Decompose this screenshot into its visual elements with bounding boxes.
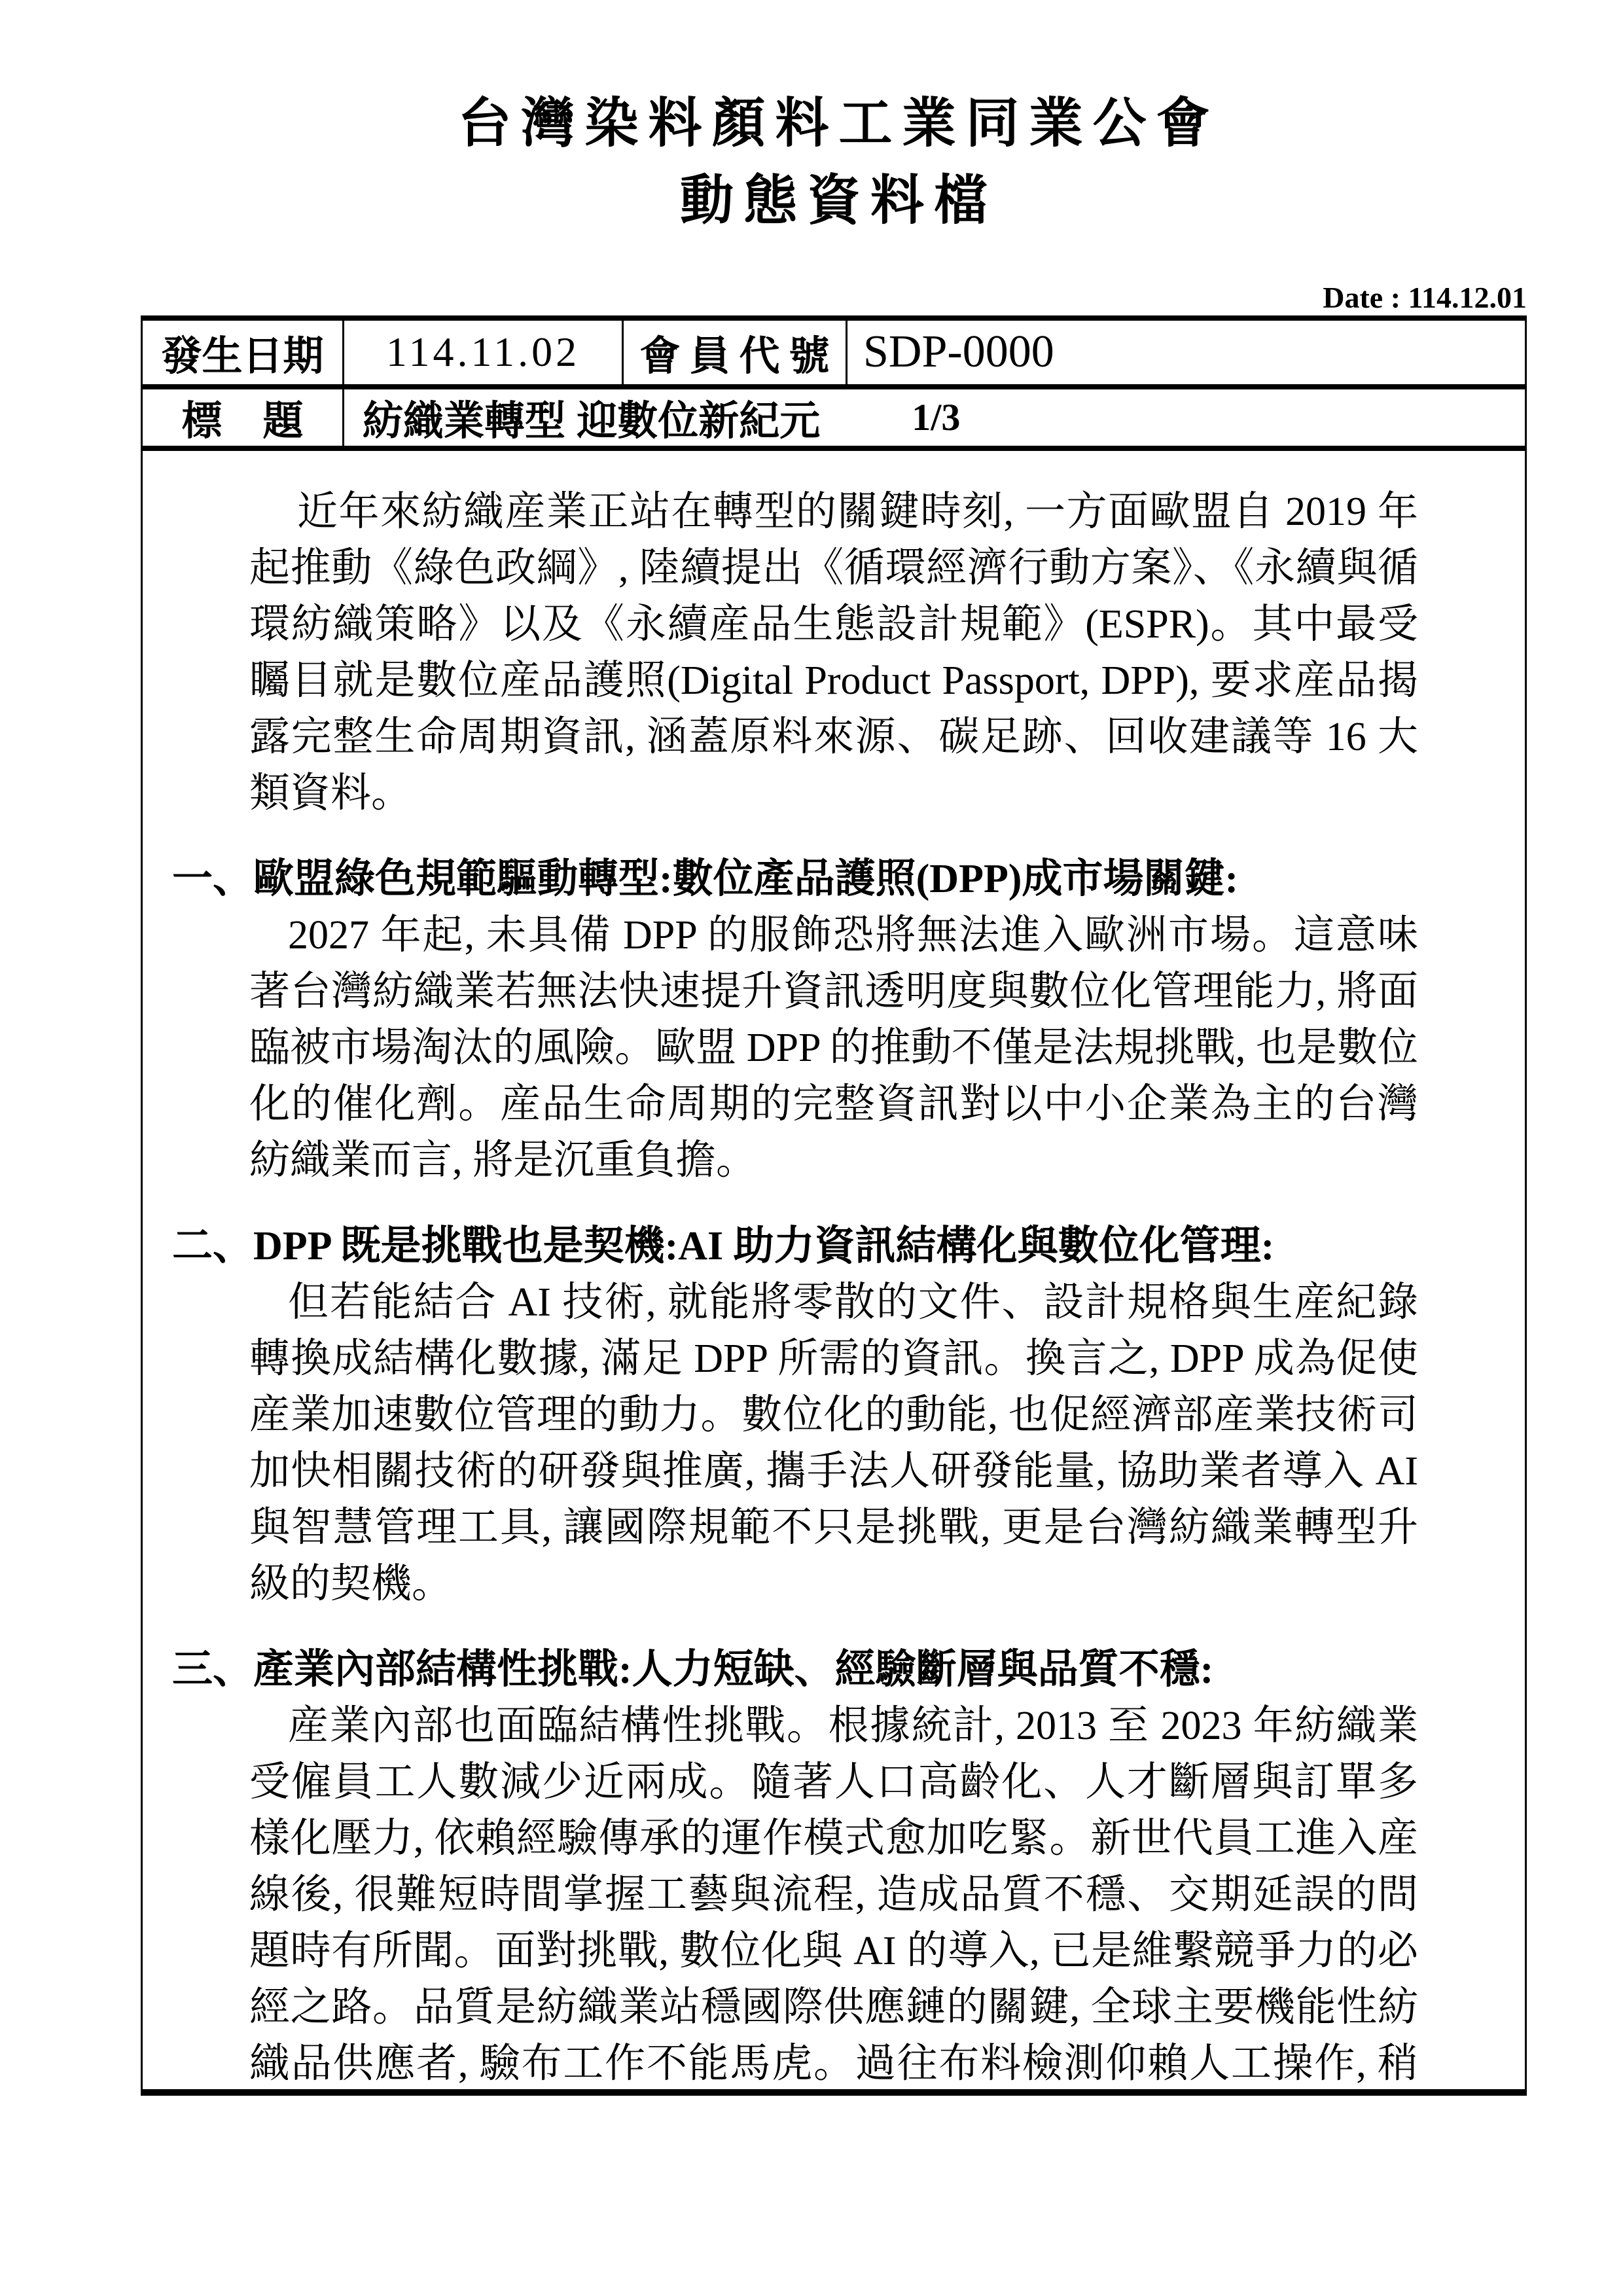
member-code-value: SDP-0000 bbox=[847, 321, 1525, 384]
section-3-paragraph: 産業內部也面臨結構性挑戰。根據統計, 2013 至 2023 年紡織業受僱員工人… bbox=[249, 1698, 1418, 2089]
subject-cell: 紡織業轉型 迎數位新紀元 1/3 bbox=[344, 389, 1525, 446]
document-body: 近年來紡織産業正站在轉型的關鍵時刻, 一方面歐盟自 2019 年起推動《綠色政綱… bbox=[143, 451, 1525, 2089]
doc-title: 動態資料檔 bbox=[141, 169, 1527, 233]
org-title: 台灣染料顏料工業同業公會 bbox=[141, 0, 1527, 156]
document-page: 台灣染料顏料工業同業公會 動態資料檔 Date : 114.12.01 發生日期… bbox=[0, 0, 1623, 2296]
date-occurred-value: 114.11.02 bbox=[344, 321, 624, 384]
intro-paragraph: 近年來紡織産業正站在轉型的關鍵時刻, 一方面歐盟自 2019 年起推動《綠色政綱… bbox=[249, 484, 1418, 821]
table-row-title: 標 題 紡織業轉型 迎數位新紀元 1/3 bbox=[143, 389, 1525, 451]
section-1-paragraph: 2027 年起, 未具備 DPP 的服飾恐將無法進入歐洲市場。這意味著台灣紡織業… bbox=[249, 907, 1418, 1189]
date-label: Date : 114.12.01 bbox=[141, 279, 1527, 315]
section-2-heading: 二、DPP 既是挑戰也是契機:AI 助力資訊結構化與數位化管理: bbox=[172, 1218, 1418, 1274]
document-content: 台灣染料顏料工業同業公會 動態資料檔 Date : 114.12.01 發生日期… bbox=[141, 0, 1527, 2096]
section-2-paragraph: 但若能結合 AI 技術, 就能將零散的文件、設計規格與生産紀錄轉換成結構化數據,… bbox=[249, 1274, 1418, 1612]
subject-value: 紡織業轉型 迎數位新紀元 bbox=[363, 389, 820, 446]
page-number: 1/3 bbox=[912, 395, 960, 439]
section-2: 二、DPP 既是挑戰也是契機:AI 助力資訊結構化與數位化管理: 但若能結合 A… bbox=[249, 1218, 1418, 1612]
section-3: 三、產業內部結構性挑戰:人力短缺、經驗斷層與品質不穩: 産業內部也面臨結構性挑戰… bbox=[249, 1641, 1418, 2089]
member-code-label: 會員代號 bbox=[624, 321, 847, 384]
info-table: 發生日期 114.11.02 會員代號 SDP-0000 標 題 紡織業轉型 迎… bbox=[141, 315, 1527, 2096]
section-1-heading: 一、歐盟綠色規範驅動轉型:數位產品護照(DPP)成市場關鍵: bbox=[172, 851, 1418, 907]
section-1: 一、歐盟綠色規範驅動轉型:數位產品護照(DPP)成市場關鍵: 2027 年起, … bbox=[249, 851, 1418, 1189]
date-occurred-label: 發生日期 bbox=[143, 321, 344, 384]
subject-label: 標 題 bbox=[143, 389, 344, 446]
section-3-heading: 三、產業內部結構性挑戰:人力短缺、經驗斷層與品質不穩: bbox=[172, 1641, 1418, 1698]
table-row-info: 發生日期 114.11.02 會員代號 SDP-0000 bbox=[143, 321, 1525, 389]
